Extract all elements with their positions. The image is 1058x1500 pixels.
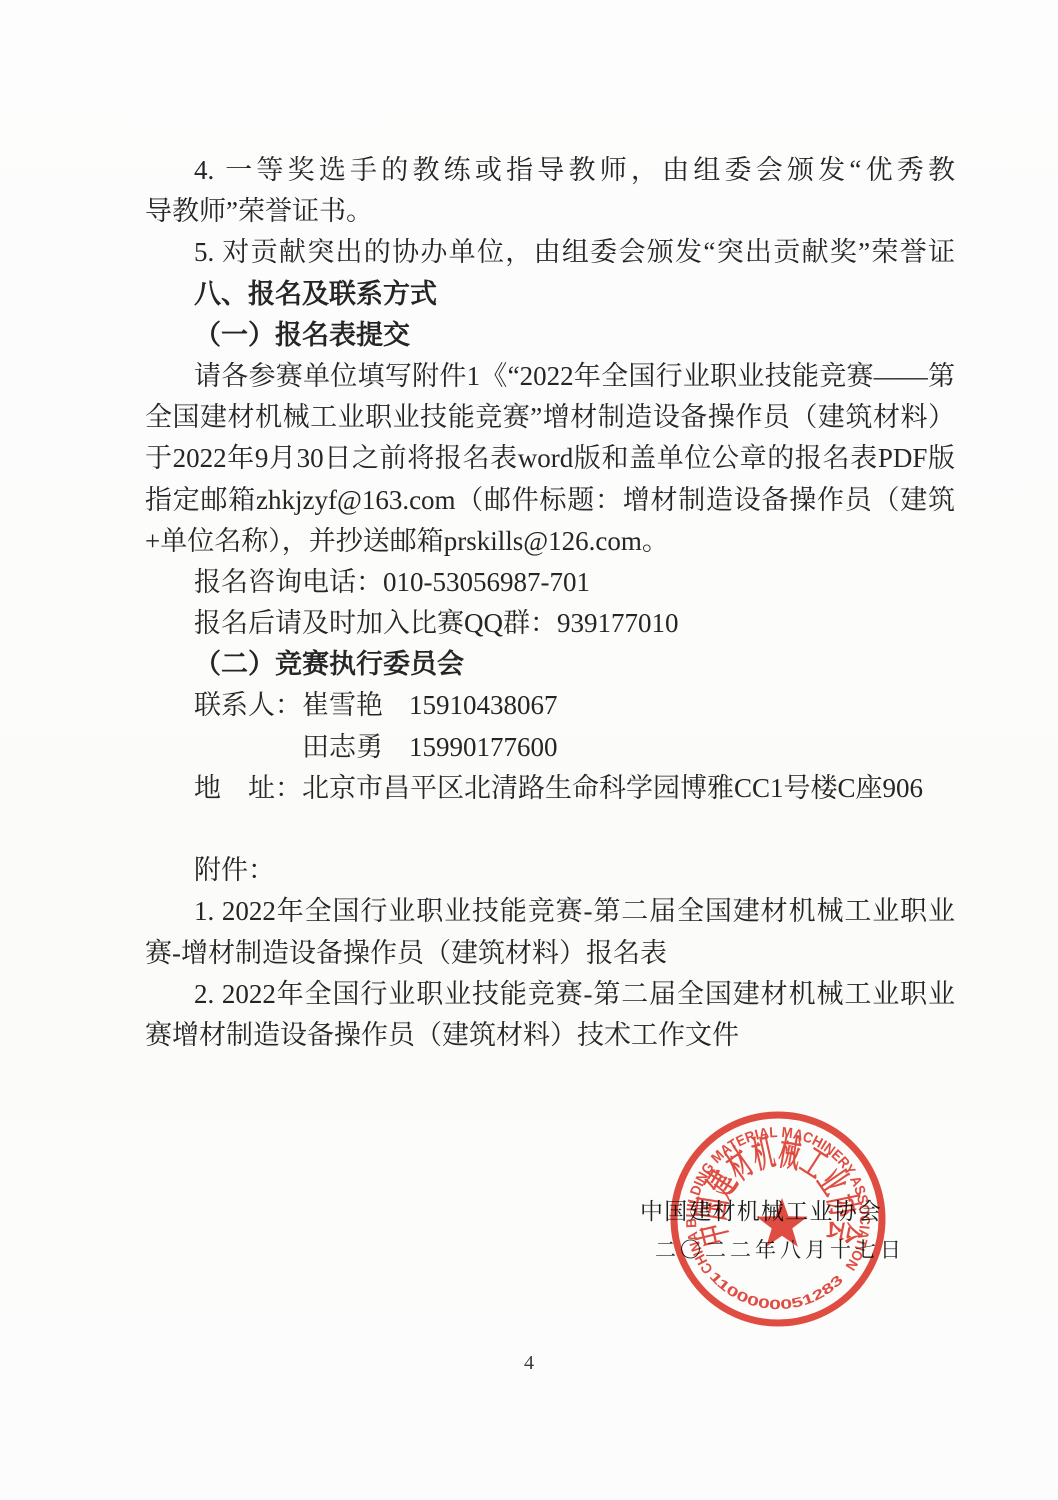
submit-paragraph-line4: 指定邮箱zhkjzyf@163.com（邮件标题：增材制造设备操作员（建筑材料） bbox=[145, 480, 955, 521]
signature-date: 二〇二二年八月十七日 bbox=[655, 1234, 905, 1264]
contact1-name: 崔雪艳 bbox=[302, 690, 383, 720]
phone-line: 报名咨询电话：010-53056987-701 bbox=[145, 562, 955, 603]
contact-label: 联系人： bbox=[194, 690, 302, 720]
contact1-phone: 15910438067 bbox=[409, 690, 558, 720]
scanned-document-page: 4. 一等奖选手的教练或指导教师，由组委会颁发“优秀教练”或“优秀指 导教师”荣… bbox=[0, 0, 1058, 1500]
signature-organization: 中国建材机械工业协会 bbox=[640, 1193, 882, 1226]
address-line: 地 址：北京市昌平区北清路生命科学园博雅CC1号楼C座906 bbox=[145, 768, 955, 809]
blank-line bbox=[145, 809, 955, 850]
document-body: 4. 一等奖选手的教练或指导教师，由组委会颁发“优秀教练”或“优秀指 导教师”荣… bbox=[145, 150, 955, 1056]
submit-paragraph-line1: 请各参赛单位填写附件1《“2022年全国行业职业技能竞赛——第二届 bbox=[145, 356, 955, 397]
contact-person2-line: 田志勇15990177600 bbox=[145, 727, 955, 768]
submit-paragraph-line5: +单位名称），并抄送邮箱prskills@126.com。 bbox=[145, 521, 955, 562]
submit-paragraph-line3: 于2022年9月30日之前将报名表word版和盖单位公章的报名表PDF版发送至 bbox=[145, 438, 955, 479]
subsection1-heading: （一）报名表提交 bbox=[145, 315, 955, 356]
contact2-phone: 15990177600 bbox=[409, 732, 558, 762]
page-number: 4 bbox=[0, 1352, 1058, 1375]
attachment1-line2: 赛-增材制造设备操作员（建筑材料）报名表 bbox=[145, 933, 955, 974]
address-value: 北京市昌平区北清路生命科学园博雅CC1号楼C座906 bbox=[302, 773, 923, 803]
qq-group-line: 报名后请及时加入比赛QQ群：939177010 bbox=[145, 603, 955, 644]
contact-person1-line: 联系人：崔雪艳15910438067 bbox=[145, 685, 955, 726]
section-heading: 八、报名及联系方式 bbox=[145, 274, 955, 315]
attachment1-line1: 1. 2022年全国行业职业技能竞赛-第二届全国建材机械工业职业技能竞 bbox=[145, 891, 955, 932]
subsection2-heading: （二）竞赛执行委员会 bbox=[145, 644, 955, 685]
paragraph-item4-line2: 导教师”荣誉证书。 bbox=[145, 191, 955, 232]
attachments-heading: 附件： bbox=[145, 850, 955, 891]
contact2-name: 田志勇 bbox=[302, 732, 383, 762]
paragraph-item4-line1: 4. 一等奖选手的教练或指导教师，由组委会颁发“优秀教练”或“优秀指 bbox=[145, 150, 955, 191]
address-label: 地 址： bbox=[194, 773, 302, 803]
paragraph-item5: 5. 对贡献突出的协办单位，由组委会颁发“突出贡献奖”荣誉证书。 bbox=[145, 232, 955, 273]
attachment2-line1: 2. 2022年全国行业职业技能竞赛-第二届全国建材机械工业职业技能竞 bbox=[145, 974, 955, 1015]
seal-serial-number: 1100000051283 bbox=[707, 1269, 847, 1313]
submit-paragraph-line2: 全国建材机械工业职业技能竞赛”增材制造设备操作员（建筑材料）报名表》， bbox=[145, 397, 955, 438]
attachment2-line2: 赛增材制造设备操作员（建筑材料）技术工作文件 bbox=[145, 1015, 955, 1056]
